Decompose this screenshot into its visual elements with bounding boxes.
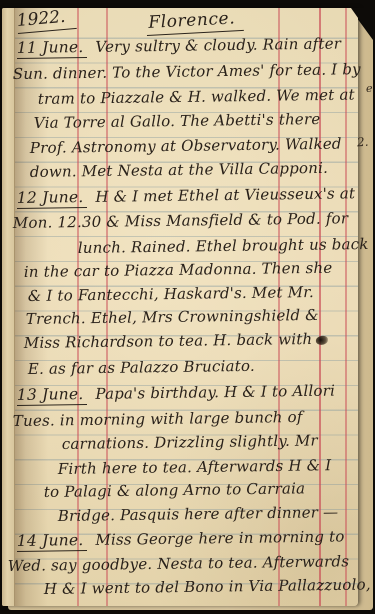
journal-line: Via Torre al Gallo. The Abetti's there bbox=[34, 109, 321, 133]
page-title: Florence. bbox=[146, 8, 244, 36]
photo-background: { "journal": { "year": "1922.", "title":… bbox=[0, 0, 375, 614]
entry-text: E. as far as Palazzo Bruciato. bbox=[28, 357, 255, 378]
journal-line: tram to Piazzale & H. walked. We met at bbox=[38, 85, 355, 109]
journal-line: Miss Richardson to tea. H. back with bbox=[24, 329, 328, 353]
journal-line: 13 June.Papa's birthday. H & I to Allori bbox=[17, 381, 335, 405]
entry-date: 14 June. bbox=[17, 531, 87, 552]
journal-line: Prof. Astronomy at Observatory. Walked bbox=[30, 134, 342, 158]
entry-date: 13 June. bbox=[17, 385, 87, 406]
entry-text: H & I went to del Bono in Via Pallazzuol… bbox=[44, 575, 371, 598]
ink-smudge bbox=[315, 335, 327, 344]
entry-text: Bridge. Pasquis here after dinner — bbox=[58, 503, 339, 525]
entry-text: to Palagi & along Arno to Carraia bbox=[44, 479, 306, 501]
entry-text: Via Torre al Gallo. The Abetti's there bbox=[34, 110, 321, 132]
entry-text: tram to Piazzale & H. walked. We met at bbox=[38, 86, 355, 108]
entry-date: 12 June. bbox=[17, 188, 87, 209]
journal-line: Mon. 12.30 & Miss Mansfield & to Pod. fo… bbox=[13, 208, 349, 233]
entry-text: in the car to Piazza Madonna. Then she bbox=[24, 259, 333, 281]
journal-line: lunch. Rained. Ethel brought us back bbox=[78, 234, 369, 258]
journal-line: Wed. say goodbye. Nesta to tea. Afterwar… bbox=[8, 551, 350, 576]
entry-text: down. Met Nesta at the Villa Capponi. bbox=[30, 159, 328, 181]
journal-line: 11 June.Very sultry & cloudy. Rain after bbox=[17, 33, 342, 58]
entry-text: Sun. dinner. To the Victor Ames' for tea… bbox=[13, 60, 361, 83]
handwriting-layer: 1922. Florence. 11 June.Very sultry & cl… bbox=[0, 0, 375, 614]
journal-line: & I to Fantecchi, Haskard's. Met Mr. bbox=[28, 282, 314, 306]
entry-text: Miss Richardson to tea. H. back with bbox=[24, 330, 313, 352]
year-label: 1922. bbox=[16, 6, 76, 34]
entry-text: Wed. say goodbye. Nesta to tea. Afterwar… bbox=[8, 552, 350, 575]
journal-line: 14 June.Miss George here in morning to bbox=[17, 526, 345, 551]
entry-text: Trench. Ethel, Mrs Crowningshield & bbox=[26, 306, 319, 328]
journal-line: down. Met Nesta at the Villa Capponi. bbox=[30, 158, 328, 182]
entry-text: Prof. Astronomy at Observatory. Walked bbox=[30, 135, 342, 157]
journal-line: Tues. in morning with large bunch of bbox=[13, 407, 303, 431]
entry-text: lunch. Rained. Ethel brought us back bbox=[78, 235, 369, 257]
entry-text: Miss George here in morning to bbox=[95, 527, 344, 548]
journal-line: in the car to Piazza Madonna. Then she bbox=[24, 258, 333, 282]
journal-line: E. as far as Palazzo Bruciato. bbox=[28, 356, 255, 379]
entry-date: 11 June. bbox=[17, 38, 87, 59]
entry-text: Firth here to tea. Afterwards H & I bbox=[58, 456, 332, 478]
journal-line: Firth here to tea. Afterwards H & I bbox=[58, 455, 332, 479]
entry-text: carnations. Drizzling slightly. Mr bbox=[62, 431, 318, 453]
journal-line: to Palagi & along Arno to Carraia bbox=[44, 478, 306, 502]
journal-line: 12 June.H & I met Ethel at Vieusseux's a… bbox=[17, 183, 356, 208]
edge-mark-letter: e bbox=[366, 82, 373, 95]
journal-line: Bridge. Pasquis here after dinner — bbox=[58, 502, 339, 526]
entry-text: Very sultry & cloudy. Rain after bbox=[95, 34, 341, 55]
journal-line: Trench. Ethel, Mrs Crowningshield & bbox=[26, 305, 319, 329]
journal-line: carnations. Drizzling slightly. Mr bbox=[62, 430, 318, 454]
journal-line: Sun. dinner. To the Victor Ames' for tea… bbox=[13, 59, 361, 84]
entry-text: Papa's birthday. H & I to Allori bbox=[95, 382, 335, 403]
entry-text: H & I met Ethel at Vieusseux's at bbox=[95, 184, 355, 206]
edge-mark-number: 2. bbox=[357, 135, 369, 150]
journal-line: H & I went to del Bono in Via Pallazzuol… bbox=[44, 574, 371, 599]
entry-text: & I to Fantecchi, Haskard's. Met Mr. bbox=[28, 283, 314, 305]
entry-text: Tues. in morning with large bunch of bbox=[13, 408, 303, 430]
entry-text: Mon. 12.30 & Miss Mansfield & to Pod. fo… bbox=[13, 209, 349, 232]
